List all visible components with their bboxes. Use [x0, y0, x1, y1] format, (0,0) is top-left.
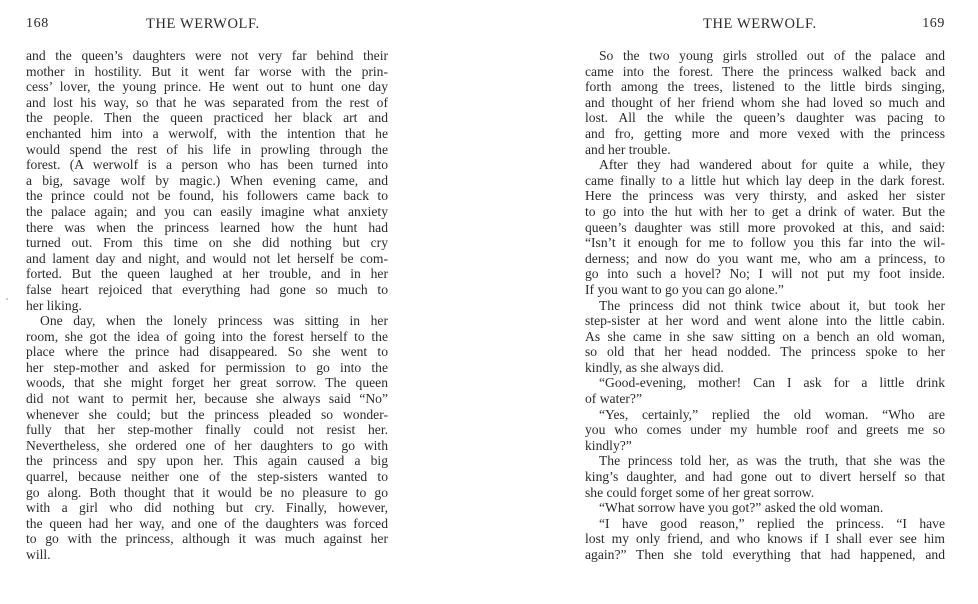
text-line: and lost his way, so that he was separat… — [26, 95, 388, 111]
text-line: derness; and now do you want me, who am … — [585, 251, 945, 267]
text-line: she could forget some of her great sorro… — [585, 485, 945, 501]
text-line: The princess told her, as was the truth,… — [585, 453, 945, 469]
text-line: to go into the hut with her to get a dri… — [585, 204, 945, 220]
text-line: If you want to go you can go alone.” — [585, 282, 945, 298]
text-line: lost my only friend, and who knows if I … — [585, 531, 945, 547]
text-line: of water?” — [585, 391, 945, 407]
text-line: “I have good reason,” replied the prince… — [585, 516, 945, 532]
text-line: forted. But the queen laughed at her tro… — [26, 266, 388, 282]
text-line: turned out. From this time on she did no… — [26, 235, 388, 251]
text-line: enchanted him into a werwolf, with the i… — [26, 126, 388, 142]
text-line: her liking. — [26, 298, 388, 314]
text-line: “What sorrow have you got?” asked the ol… — [585, 500, 945, 516]
text-line: Nevertheless, she ordered one of her dau… — [26, 438, 388, 454]
text-line: “Isn’t it enough for me to follow you th… — [585, 235, 945, 251]
text-line: quarrel, because neither one of the step… — [26, 469, 388, 485]
text-line: fully that her step-mother finally could… — [26, 422, 388, 438]
text-line: came into the forest. There the princess… — [585, 64, 945, 80]
text-line: and her trouble. — [585, 142, 945, 158]
left-page-header: 168 THE WERWOLF. — [26, 16, 388, 34]
page-number: 168 — [26, 16, 49, 32]
left-page-text: and the queen’s daughters were not very … — [26, 48, 388, 563]
text-line: cess’ lover, the young prince. He went o… — [26, 79, 388, 95]
text-line: the people. Then the queen practiced her… — [26, 110, 388, 126]
text-line: and thought of her friend whom she had l… — [585, 95, 945, 111]
text-line: the palace again; and you can easily ima… — [26, 204, 388, 220]
text-line: the queen had her way, and one of the da… — [26, 516, 388, 532]
text-line: did not want to permit her, because she … — [26, 391, 388, 407]
text-line: false heart rejoiced that everything had… — [26, 282, 388, 298]
text-line: Here the princess was very thirsty, and … — [585, 188, 945, 204]
text-line: queen’s daughter was still more provoked… — [585, 220, 945, 236]
text-line: go along. Both thought that it would be … — [26, 485, 388, 501]
text-line: forest. (A werwolf is a person who has b… — [26, 157, 388, 173]
text-line: room, she got the idea of going into the… — [26, 329, 388, 345]
text-line: kindly, as she always did. — [585, 360, 945, 376]
text-line: go into such a hovel? No; I will not put… — [585, 266, 945, 282]
text-line: the prince could not be found, his follo… — [26, 188, 388, 204]
text-line: So the two young girls strolled out of t… — [585, 48, 945, 64]
text-line: The princess did not think twice about i… — [585, 298, 945, 314]
text-line: “Yes, certainly,” replied the old woman.… — [585, 407, 945, 423]
text-line: came finally to a little hut which lay d… — [585, 173, 945, 189]
text-line: and fro, getting more and more vexed wit… — [585, 126, 945, 142]
text-line: As she came in she saw sitting on a benc… — [585, 329, 945, 345]
running-head: THE WERWOLF. — [146, 16, 260, 33]
text-line: a big, savage wolf by magic.) When eveni… — [26, 173, 388, 189]
text-line: with a girl who did nothing but cry. Fin… — [26, 500, 388, 516]
text-line: to go with the princess, although it was… — [26, 531, 388, 547]
text-line: lost. All the while the queen’s daughter… — [585, 110, 945, 126]
text-line: whenever she could; but the princess ple… — [26, 407, 388, 423]
text-line: and lament day and night, and would not … — [26, 251, 388, 267]
right-page-header: THE WERWOLF. 169 — [585, 16, 945, 34]
text-line: the princess and spy upon her. This agai… — [26, 453, 388, 469]
text-line: woods, that she might forget her great s… — [26, 375, 388, 391]
text-line: king’s daughter, and had gone out to div… — [585, 469, 945, 485]
text-line: “Good-evening, mother! Can I ask for a l… — [585, 375, 945, 391]
right-page-text: So the two young girls strolled out of t… — [585, 48, 945, 563]
text-line: step-sister at her word and went alone i… — [585, 313, 945, 329]
text-line: forth among the trees, listened to the l… — [585, 79, 945, 95]
text-line: again?” Then she told everything that ha… — [585, 547, 945, 563]
text-line: will. — [26, 547, 388, 563]
running-head: THE WERWOLF. — [703, 16, 817, 33]
text-line: mother in hostility. But it went far wor… — [26, 64, 388, 80]
text-line: kindly?” — [585, 438, 945, 454]
text-line: and the queen’s daughters were not very … — [26, 48, 388, 64]
text-line: so old that her head nodded. The princes… — [585, 344, 945, 360]
scan-speck — [6, 298, 8, 300]
text-line: there was when the princess learned how … — [26, 220, 388, 236]
text-line: her step-mother and asked for permission… — [26, 360, 388, 376]
text-line: you who comes under my humble roof and g… — [585, 422, 945, 438]
text-line: place where the prince had disappeared. … — [26, 344, 388, 360]
page-number: 169 — [922, 16, 945, 32]
text-line: would spend the rest of his life in prow… — [26, 142, 388, 158]
text-line: One day, when the lonely princess was si… — [26, 313, 388, 329]
text-line: After they had wandered about for quite … — [585, 157, 945, 173]
